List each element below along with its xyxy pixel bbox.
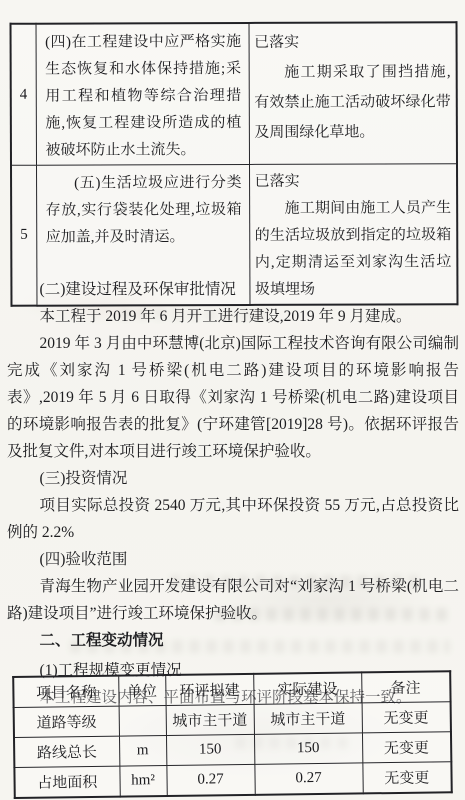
change-comparison-table: 项目名称 单位 环评拟建 实际建设 备注 道路等级 城市主干道 城市主干道 无变… [12, 670, 453, 799]
paragraph-construction-dates: 本工程于 2019 年 6 月开工进行建设,2019 年 9 月建成。 [7, 303, 459, 330]
compliance-table: 4 (四)在工程建设中应严格实施生态恢复和水体保持措施;采用工程和植物等综合治理… [10, 21, 459, 307]
cell-actual-built: 城市主干道 [254, 703, 362, 734]
requirement-cell: (四)在工程建设中应严格实施生态恢复和水体保持措施;采用工程和植物等综合治理措施… [36, 23, 249, 165]
section-heading-investment: (三)投资情况 [7, 465, 459, 492]
implementation-cell: 已落实 施工期采取了围挡措施,有效禁止施工活动破坏绿化带及周围绿化草地。 [249, 22, 457, 164]
status-label: 已落实 [255, 168, 452, 196]
cell-remark: 无变更 [362, 732, 451, 763]
cell-eia-planned: 0.27 [166, 764, 254, 796]
column-header-eia-planned: 环评拟建 [165, 674, 253, 706]
section-heading-acceptance-scope: (四)验收范围 [7, 546, 459, 573]
cell-remark: 无变更 [362, 762, 451, 794]
column-header-unit: 单位 [118, 675, 165, 706]
paragraph-investment: 项目实际总投资 2540 万元,其中环保投资 55 万元,占总投资比例的 2.2… [7, 492, 459, 546]
cell-eia-planned: 150 [166, 734, 254, 765]
cell-actual-built: 0.27 [254, 763, 362, 795]
cell-item-name: 路线总长 [14, 736, 119, 767]
compliance-row-4: 4 (四)在工程建设中应严格实施生态恢复和水体保持措施;采用工程和植物等综合治理… [11, 22, 457, 165]
paragraph-acceptance-scope: 青海生物产业园开发建设有限公司对“刘家沟 1 号桥梁(机电二路)建设项目”进行竣… [7, 573, 459, 627]
document-body: (二)建设过程及环保审批情况 本工程于 2019 年 6 月开工进行建设,201… [7, 276, 459, 711]
status-detail: 施工期采取了围挡措施,有效禁止施工活动破坏绿化带及周围绿化草地。 [254, 57, 451, 148]
chapter-heading-project-changes: 二、工程变动情况 [7, 627, 459, 654]
column-header-remark: 备注 [361, 671, 450, 703]
status-label: 已落实 [254, 27, 451, 58]
cell-unit: m [119, 735, 166, 766]
cell-item-name: 占地面积 [14, 766, 119, 798]
cell-actual-built: 150 [254, 733, 362, 764]
cell-eia-planned: 城市主干道 [166, 704, 254, 735]
paragraph-eia-approval: 2019 年 3 月由中环慧博(北京)国际工程技术咨询有限公司编制完成《刘家沟 … [7, 330, 459, 465]
cell-unit: hm² [119, 765, 166, 796]
column-header-actual-built: 实际建设 [253, 672, 361, 704]
cell-item-name: 道路等级 [14, 706, 119, 737]
cell-remark: 无变更 [362, 702, 451, 733]
scanned-document-page: { "doc": { "compliance_table": { "rows":… [0, 0, 465, 800]
table-row-land-area: 占地面积 hm² 0.27 0.27 无变更 [14, 762, 451, 798]
row-number: 4 [11, 24, 36, 166]
section-heading-construction-approval: (二)建设过程及环保审批情况 [7, 276, 459, 303]
column-header-item-name: 项目名称 [13, 676, 118, 708]
cell-unit [119, 705, 166, 736]
